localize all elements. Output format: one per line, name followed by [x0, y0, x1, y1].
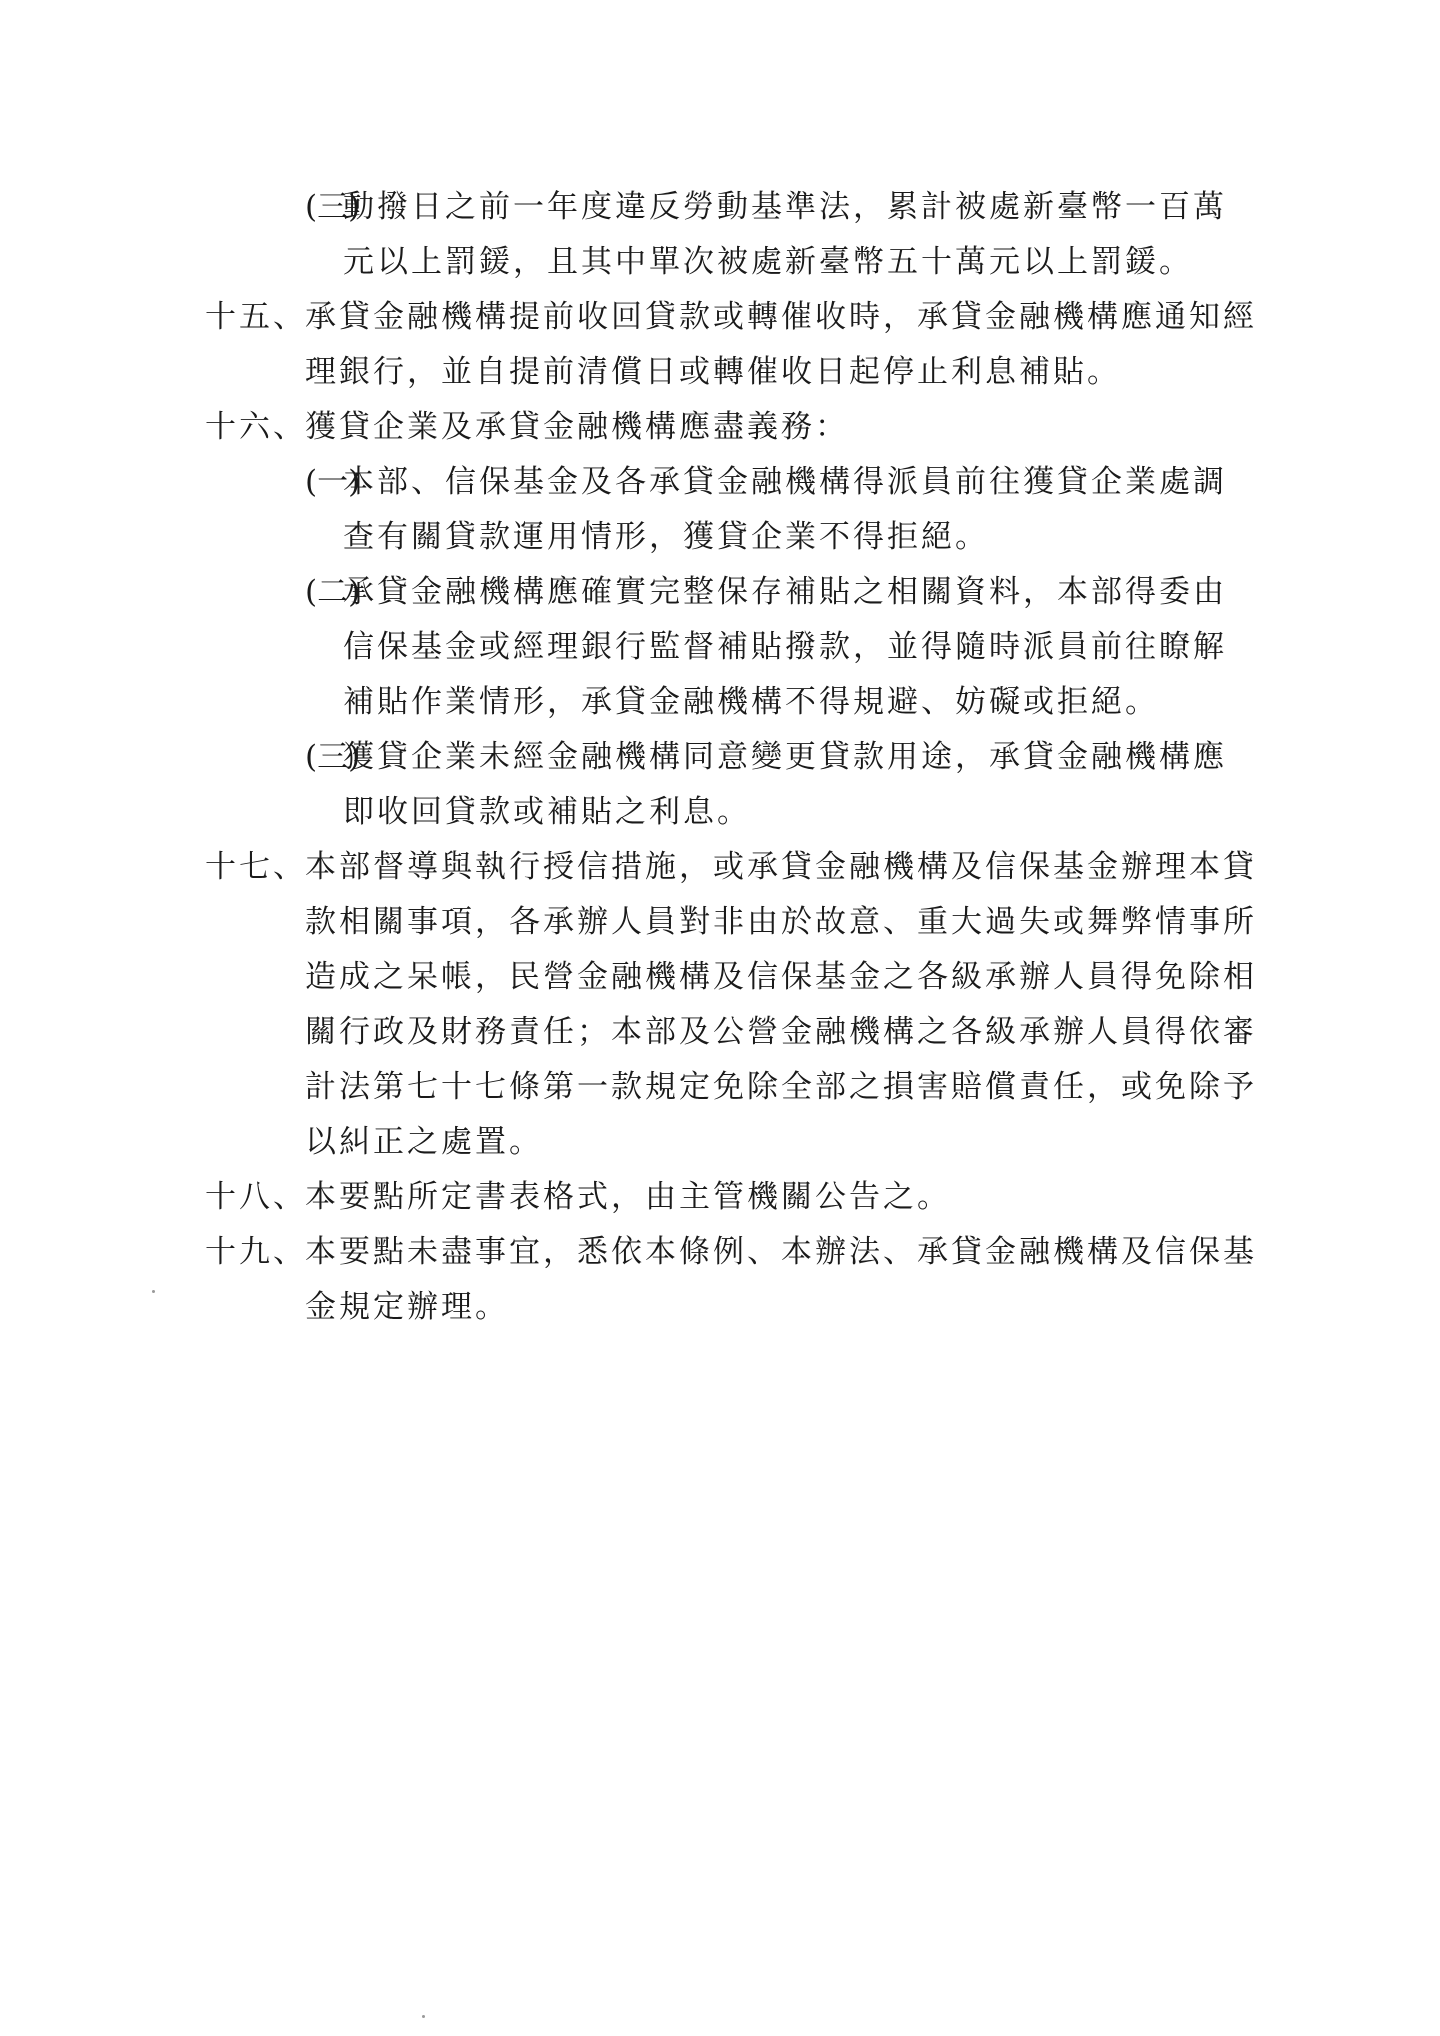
sub-item-text: 信保基金或經理銀行監督補貼撥款，並得隨時派員前往瞭解: [343, 620, 1227, 675]
article-text: 造成之呆帳，民營金融機構及信保基金之各級承辦人員得免除相: [305, 950, 1257, 1005]
sub-item-line: (三) 獲貸企業未經金融機構同意變更貸款用途，承貸金融機構應: [205, 730, 1280, 785]
article-line: 金規定辦理。: [205, 1280, 1280, 1335]
sub-item-line: (二) 承貸金融機構應確實完整保存補貼之相關資料，本部得委由: [205, 565, 1280, 620]
article-line: 款相關事項，各承辦人員對非由於故意、重大過失或舞弊情事所: [205, 895, 1280, 950]
sub-item-text: 查有關貸款運用情形，獲貸企業不得拒絕。: [343, 510, 989, 565]
sub-item-text: 本部、信保基金及各承貸金融機構得派員前往獲貸企業處調: [343, 455, 1227, 510]
article-text: 本要點未盡事宜，悉依本條例、本辦法、承貸金融機構及信保基: [305, 1225, 1257, 1280]
scan-speck: [422, 2015, 425, 2018]
article-line: 十九、 本要點未盡事宜，悉依本條例、本辦法、承貸金融機構及信保基: [205, 1225, 1280, 1280]
sub-item-text: 元以上罰鍰，且其中單次被處新臺幣五十萬元以上罰鍰。: [343, 235, 1193, 290]
document-body: (三) 動撥日之前一年度違反勞動基準法，累計被處新臺幣一百萬 元以上罰鍰，且其中…: [205, 180, 1280, 1335]
article-text: 關行政及財務責任；本部及公營金融機構之各級承辦人員得依審: [305, 1005, 1257, 1060]
scan-speck: [152, 1290, 155, 1293]
article-line: 十五、 承貸金融機構提前收回貸款或轉催收時，承貸金融機構應通知經: [205, 290, 1280, 345]
article-line: 關行政及財務責任；本部及公營金融機構之各級承辦人員得依審: [205, 1005, 1280, 1060]
article-line: 十八、 本要點所定書表格式，由主管機關公告之。: [205, 1170, 1280, 1225]
article-line: 理銀行，並自提前清償日或轉催收日起停止利息補貼。: [205, 345, 1280, 400]
article-text: 承貸金融機構提前收回貸款或轉催收時，承貸金融機構應通知經: [305, 290, 1257, 345]
article-line: 十七、 本部督導與執行授信措施，或承貸金融機構及信保基金辦理本貸: [205, 840, 1280, 895]
document-page: (三) 動撥日之前一年度違反勞動基準法，累計被處新臺幣一百萬 元以上罰鍰，且其中…: [0, 0, 1440, 2036]
sub-item-line: 查有關貸款運用情形，獲貸企業不得拒絕。: [205, 510, 1280, 565]
sub-item-text: 動撥日之前一年度違反勞動基準法，累計被處新臺幣一百萬: [343, 180, 1227, 235]
article-text: 以糾正之處置。: [305, 1115, 543, 1170]
article-text: 本部督導與執行授信措施，或承貸金融機構及信保基金辦理本貸: [305, 840, 1257, 895]
sub-item-line: 元以上罰鍰，且其中單次被處新臺幣五十萬元以上罰鍰。: [205, 235, 1280, 290]
sub-item-line: 補貼作業情形，承貸金融機構不得規避、妨礙或拒絕。: [205, 675, 1280, 730]
sub-item-text: 獲貸企業未經金融機構同意變更貸款用途，承貸金融機構應: [343, 730, 1227, 785]
article-line: 以糾正之處置。: [205, 1115, 1280, 1170]
sub-item-text: 補貼作業情形，承貸金融機構不得規避、妨礙或拒絕。: [343, 675, 1159, 730]
article-number: 十八、: [205, 1170, 307, 1225]
article-text: 款相關事項，各承辦人員對非由於故意、重大過失或舞弊情事所: [305, 895, 1257, 950]
article-text: 獲貸企業及承貸金融機構應盡義務：: [305, 400, 849, 455]
article-line: 十六、 獲貸企業及承貸金融機構應盡義務：: [205, 400, 1280, 455]
article-number: 十九、: [205, 1225, 307, 1280]
sub-item-line: 即收回貸款或補貼之利息。: [205, 785, 1280, 840]
article-number: 十五、: [205, 290, 307, 345]
sub-item-text: 即收回貸款或補貼之利息。: [343, 785, 751, 840]
article-line: 計法第七十七條第一款規定免除全部之損害賠償責任，或免除予: [205, 1060, 1280, 1115]
sub-item-text: 承貸金融機構應確實完整保存補貼之相關資料，本部得委由: [343, 565, 1227, 620]
sub-item-line: (一) 本部、信保基金及各承貸金融機構得派員前往獲貸企業處調: [205, 455, 1280, 510]
sub-item-line: (三) 動撥日之前一年度違反勞動基準法，累計被處新臺幣一百萬: [205, 180, 1280, 235]
article-text: 金規定辦理。: [305, 1280, 509, 1335]
article-line: 造成之呆帳，民營金融機構及信保基金之各級承辦人員得免除相: [205, 950, 1280, 1005]
article-text: 理銀行，並自提前清償日或轉催收日起停止利息補貼。: [305, 345, 1121, 400]
article-number: 十六、: [205, 400, 307, 455]
article-text: 計法第七十七條第一款規定免除全部之損害賠償責任，或免除予: [305, 1060, 1257, 1115]
sub-item-line: 信保基金或經理銀行監督補貼撥款，並得隨時派員前往瞭解: [205, 620, 1280, 675]
article-text: 本要點所定書表格式，由主管機關公告之。: [305, 1170, 951, 1225]
article-number: 十七、: [205, 840, 307, 895]
